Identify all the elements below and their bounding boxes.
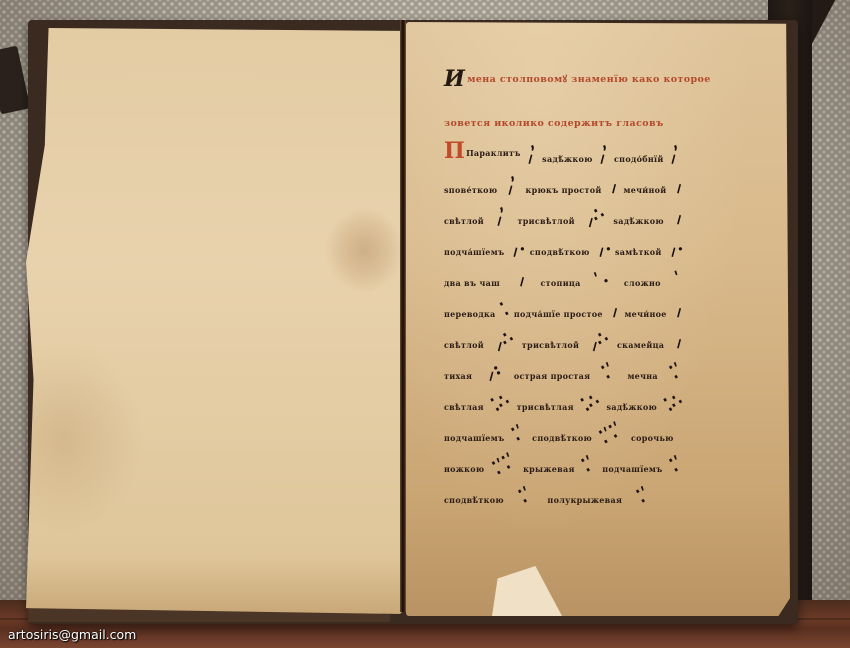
neume-name: ѕамѣткой (615, 247, 662, 257)
neume-sign-icon: ⸝ (605, 300, 622, 320)
decorated-initial: И (444, 66, 465, 92)
neume-name: крыжевая (523, 464, 575, 474)
neume-name: ППараклитъ (444, 138, 521, 164)
chant-row: переводка ⁚ подча́шїе простое ⸝ мечи́ное… (444, 288, 684, 319)
neume-name: свѣтлой (444, 340, 484, 350)
neume-sign-icon: ʹ. (593, 268, 612, 289)
neume-name: мечи́ное (624, 309, 666, 319)
neume-name: подча́шїе простое (514, 309, 603, 319)
neume-sign-icon: ⸝ (669, 331, 686, 351)
neume-name: свѣтлой (444, 216, 484, 226)
neume-name: сподо́бнїй (614, 154, 664, 164)
neume-sign-icon: ⁚ (498, 301, 512, 319)
neume-name: тихая (444, 371, 472, 381)
neume-sign-icon: ⸝ (512, 269, 529, 289)
chant-row: ножкою ⁚ʹ⁚ʹ крыжевая ⁚ʹ подчашїемъ ⁚ʹ (444, 443, 684, 474)
neume-sign-icon: ⁚ʹ (516, 485, 535, 506)
neume-name: мечи́ной (623, 185, 666, 195)
left-page-blank (26, 28, 402, 614)
neume-name: трисвѣтлая (517, 402, 574, 412)
chant-row: свѣтлая ⁚∴ трисвѣтлая ⁚∴ ѕадѣ́жкою ⁚∴ (444, 381, 684, 412)
chant-row: подча́шїемъ ⸝. сподвѣ́ткою ⸝. ѕамѣткой ⸝… (444, 226, 684, 257)
neume-name: мечна (627, 371, 657, 381)
neume-name: острая простая (514, 371, 591, 381)
neume-name: ѕадѣ́жкою (542, 154, 592, 164)
neume-name: ножкою (444, 464, 484, 474)
neume-name: скамейца (617, 340, 664, 350)
neume-name: свѣтлая (444, 402, 484, 412)
chant-row: ѕпове́ткою ⸝’ крюкъ простой ⸝ мечи́ной ⸝ (444, 164, 684, 195)
neume-name: сподвѣ́ткою (530, 247, 590, 257)
chant-row: подчашїемъ ⁚ʹ сподвѣ́ткою ⁚ʹ⁚ʹ сорочью (444, 412, 684, 443)
chant-row: ППараклитъ ⸝’ ѕадѣ́жкою ⸝’ сподо́бнїй ⸝’ (444, 133, 684, 164)
neume-sign-icon: ⸝ (604, 176, 621, 196)
neume-sign-icon: ⁚ʹ (579, 454, 598, 475)
chant-row: тихая ⸝: острая простая ⁚ʹ мечна ⁚ʹ (444, 350, 684, 381)
neume-sign-icon: ⁚ʹ (509, 423, 528, 444)
neume-name: подчашїемъ (444, 433, 504, 443)
neume-name: стопица (540, 278, 580, 288)
chant-manuscript: Имена столповомꙋ знаменїю како которое з… (444, 66, 684, 505)
neume-sign-icon: ⁚ʹ (667, 454, 686, 475)
neume-name: трисвѣтлой (522, 340, 579, 350)
neume-sign-icon: ⁚ʹ (667, 361, 686, 382)
neume-name-text: Параклитъ (466, 148, 521, 158)
heading-line-2: зовется иколико содержитъ гласовъ (444, 118, 684, 129)
neume-name: два въ чаш (444, 278, 500, 288)
heading-line-1: Имена столповомꙋ знаменїю како которое (444, 66, 684, 92)
neume-name: подча́шїемъ (444, 247, 504, 257)
neume-name: сподвѣ́ткою (532, 433, 592, 443)
neume-name: крюкъ простой (526, 185, 602, 195)
neume-name: сложно (624, 278, 661, 288)
chant-row: два въ чаш ⸝ стопица ʹ. сложно ʹ (444, 257, 684, 288)
watermark-email: artosiris@gmail.com (8, 627, 136, 642)
neume-name: ѕпове́ткою (444, 185, 497, 195)
chant-row: свѣтлой ⸝’ трисвѣтлой ⸝∴ ѕадѣ́жкою ⸝ (444, 195, 684, 226)
chant-row: сподвѣ́ткою ⁚ʹ полукрыжевая ⁚ʹ (444, 474, 684, 505)
neume-sign-icon: ⸝ (669, 207, 686, 227)
neume-name: полукрыжевая (547, 495, 622, 505)
neume-sign-icon: ⁚ʹ (600, 361, 619, 382)
chant-row: свѣтлой ⸝∴ трисвѣтлой ⸝∴ скамейца ⸝ (444, 319, 684, 350)
neume-name: ѕадѣ́жкою (613, 216, 663, 226)
book-spine (400, 20, 406, 612)
heading-text-1: мена столповомꙋ знаменїю како которое (467, 74, 711, 85)
neume-name: сорочью (631, 433, 674, 443)
neume-name: ѕадѣ́жкою (607, 402, 657, 412)
neume-name: сподвѣ́ткою (444, 495, 504, 505)
heading-text-2: зовется иколико содержитъ гласовъ (444, 118, 664, 129)
neume-name: подчашїемъ (602, 464, 662, 474)
neume-sign-icon: ⸝ (669, 176, 686, 196)
neume-name: переводка (444, 309, 496, 319)
neume-sign-icon: ⁚ʹ (635, 485, 654, 506)
neume-name: трисвѣтлой (517, 216, 574, 226)
red-initial: П (444, 138, 465, 164)
neume-sign-icon: ⸝ (669, 300, 686, 320)
